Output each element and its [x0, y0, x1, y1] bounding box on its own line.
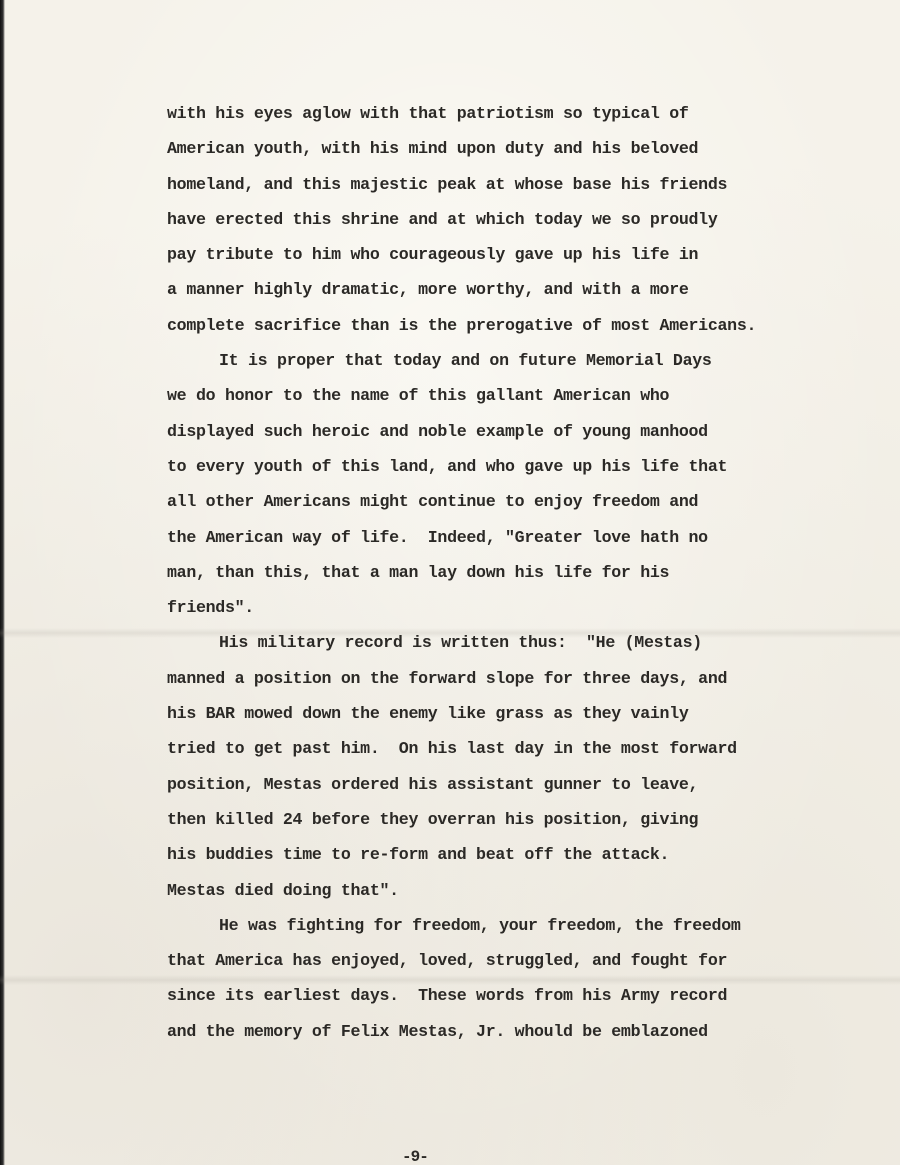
text-line: his buddies time to re-form and beat off… [167, 837, 817, 872]
text-line: to every youth of this land, and who gav… [167, 449, 817, 484]
text-line: man, than this, that a man lay down his … [167, 555, 817, 590]
paragraph-first-line: His military record is written thus: "He… [167, 625, 817, 660]
scan-edge [0, 0, 5, 1165]
text-line: American youth, with his mind upon duty … [167, 131, 817, 166]
text-line: homeland, and this majestic peak at whos… [167, 167, 817, 202]
text-line: a manner highly dramatic, more worthy, a… [167, 272, 817, 307]
text-line: we do honor to the name of this gallant … [167, 378, 817, 413]
paragraph-first-line: He was fighting for freedom, your freedo… [167, 908, 817, 943]
text-line: and the memory of Felix Mestas, Jr. whou… [167, 1014, 817, 1049]
text-line: position, Mestas ordered his assistant g… [167, 767, 817, 802]
text-line: tried to get past him. On his last day i… [167, 731, 817, 766]
text-line: since its earliest days. These words fro… [167, 978, 817, 1013]
text-line: complete sacrifice than is the prerogati… [167, 308, 817, 343]
text-line: have erected this shrine and at which to… [167, 202, 817, 237]
text-line: all other Americans might continue to en… [167, 484, 817, 519]
text-line: the American way of life. Indeed, "Great… [167, 520, 817, 555]
paragraph-first-line: It is proper that today and on future Me… [167, 343, 817, 378]
page-number: -9- [402, 1148, 428, 1165]
text-line: friends". [167, 590, 817, 625]
text-line: that America has enjoyed, loved, struggl… [167, 943, 817, 978]
text-line: displayed such heroic and noble example … [167, 414, 817, 449]
text-line: his BAR mowed down the enemy like grass … [167, 696, 817, 731]
text-line: pay tribute to him who courageously gave… [167, 237, 817, 272]
paragraph-first-line: with his eyes aglow with that patriotism… [167, 96, 817, 131]
text-line: Mestas died doing that". [167, 873, 817, 908]
typed-body-text: with his eyes aglow with that patriotism… [167, 96, 817, 1049]
text-line: then killed 24 before they overran his p… [167, 802, 817, 837]
document-page: with his eyes aglow with that patriotism… [0, 0, 900, 1165]
text-line: manned a position on the forward slope f… [167, 661, 817, 696]
